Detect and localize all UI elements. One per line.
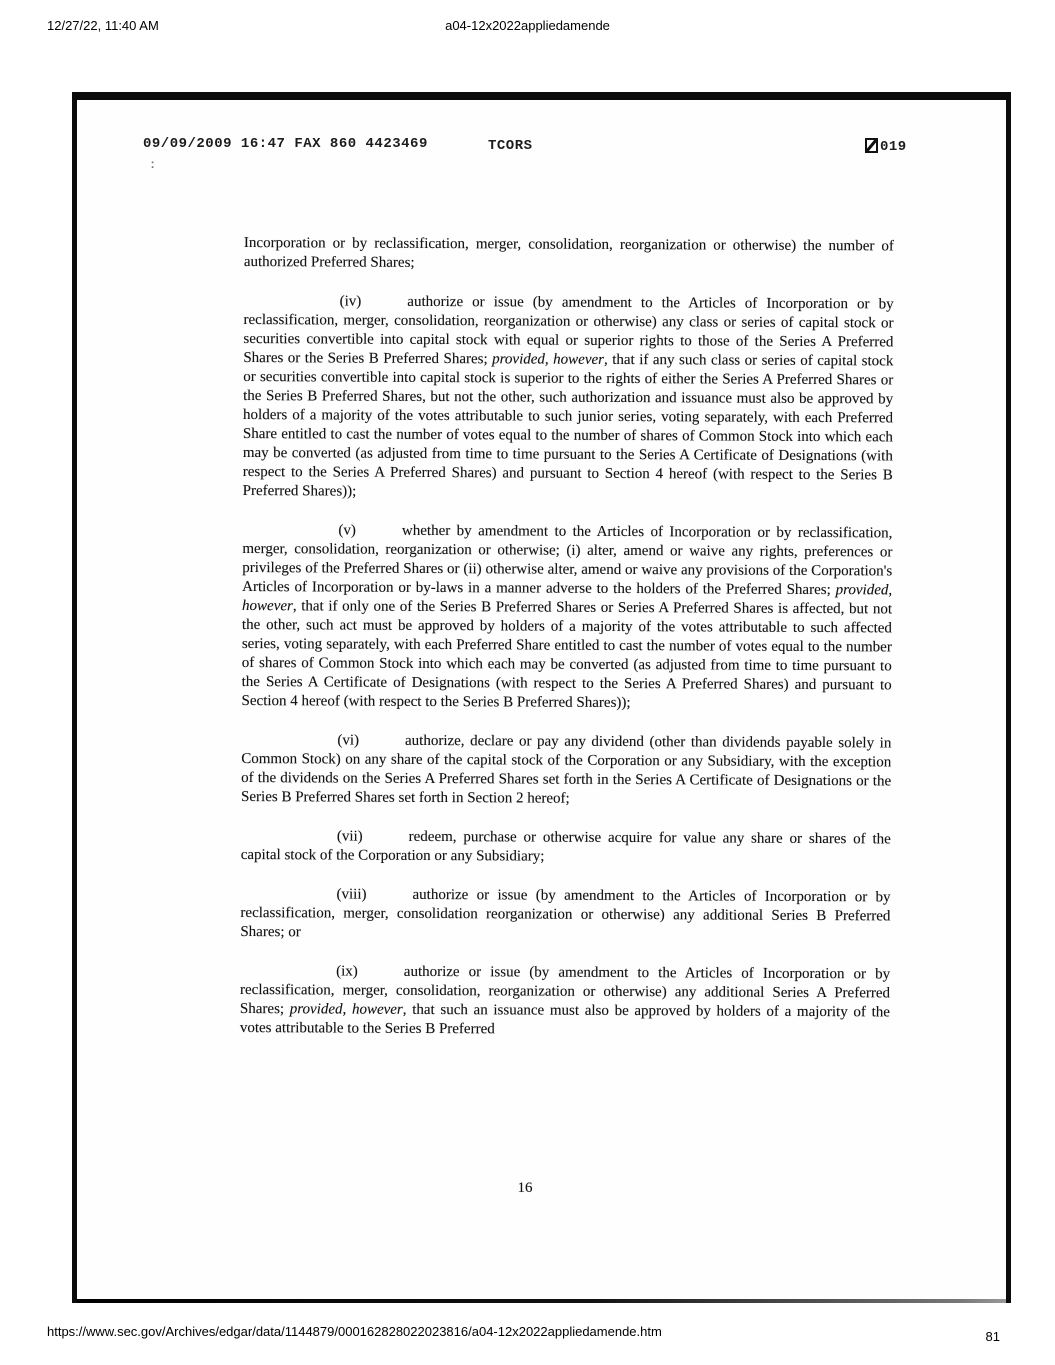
fax-paragraphs: Incorporation or by reclassification, me… [240,234,894,1061]
print-footer-page-number: 81 [960,1329,1000,1344]
paragraph-text-italic: provided, however [290,1001,403,1018]
paragraph-number: (ix) [336,963,358,979]
paragraph-number: (iv) [340,294,362,310]
paragraph-number: (viii) [337,886,367,902]
paragraph: Incorporation or by reclassification, me… [244,234,894,275]
print-footer-url: https://www.sec.gov/Archives/edgar/data/… [47,1324,662,1339]
paragraph: (vi)authorize, declare or pay any divide… [241,731,891,810]
paragraph-text-italic: provided, however [492,351,604,368]
paragraph-number: (v) [338,522,356,538]
fax-transmission-line: 09/09/2009 16:47 FAX 860 4423469 [143,136,428,152]
paragraph-number: (vii) [337,828,363,844]
scan-noise-mark: : [149,158,157,172]
fax-sender-label: TCORS [488,138,533,154]
print-header-title: a04-12x2022appliedamende [0,18,1055,33]
scanned-page: 09/09/2009 16:47 FAX 860 4423469 TCORS 0… [72,92,1011,1303]
paragraph-number: (vi) [337,732,359,748]
paragraph: (ix)authorize or issue (by amendment to … [240,962,890,1041]
fax-page-stamp-icon [865,138,878,153]
paragraph: (iv)authorize or issue (by amendment to … [243,292,894,504]
page-frame-bottom-edge [77,1299,1006,1303]
paragraph: (v)whether by amendment to the Articles … [242,521,893,714]
paragraph: (vii)redeem, purchase or otherwise acqui… [241,827,891,868]
paragraph-text: , that if any such class or series of ca… [243,352,894,500]
paragraph-text: , that if only one of the Series B Prefe… [242,598,893,711]
paragraph-text: Incorporation or by reclassification, me… [244,235,894,271]
fax-page-stamp: 019 [865,138,907,155]
print-preview-page: 12/27/22, 11:40 AM a04-12x2022appliedame… [0,0,1055,1365]
fax-page-stamp-number: 019 [880,139,907,155]
document-page-number: 16 [495,1180,555,1197]
paragraph: (viii)authorize or issue (by amendment t… [240,885,890,945]
